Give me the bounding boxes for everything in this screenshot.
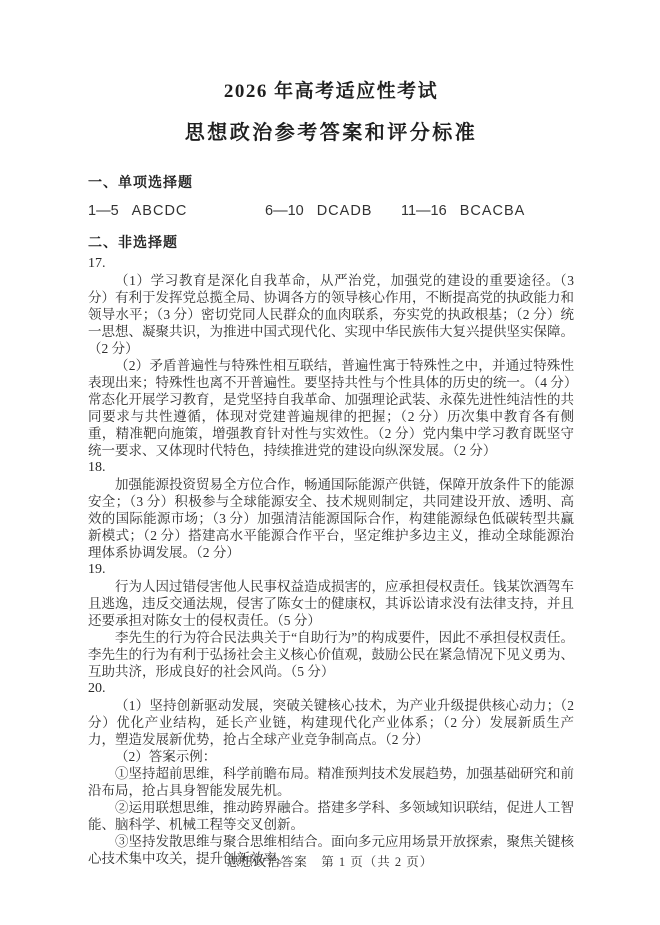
question-number: 20. <box>88 680 574 697</box>
question-range: 1—5 <box>88 203 119 219</box>
section-heading-multiple-choice: 一、单项选择题 <box>88 172 574 192</box>
exam-title: 2026 年高考适应性考试 <box>88 76 574 103</box>
question-number: 17. <box>88 255 574 272</box>
answer-letters: ABCDC <box>132 203 188 219</box>
answer-paragraph: 李先生的行为符合民法典关于“自助行为”的构成要件，因此不承担侵权责任。李先生的行… <box>88 629 574 680</box>
questions-container: 17.（1）学习教育是深化自我革命，从严治党，加强党的建设的重要途径。（3 分）… <box>88 255 574 867</box>
question-range: 6—10 <box>265 203 304 219</box>
document-page: 2026 年高考适应性考试 思想政治参考答案和评分标准 一、单项选择题 1—5A… <box>0 0 660 925</box>
answer-paragraph: （2）答案示例： <box>88 748 574 765</box>
answer-paragraph: （1）坚持创新驱动发展，突破关键核心技术，为产业升级提供核心动力；（2 分）优化… <box>88 697 574 748</box>
mcq-answer-group: 11—16BCACBA <box>401 203 525 219</box>
question-range: 11—16 <box>401 203 447 219</box>
answer-letters: BCACBA <box>460 203 526 219</box>
mcq-answer-group: 1—5ABCDC <box>88 203 265 219</box>
section-heading-non-choice: 二、非选择题 <box>88 232 574 252</box>
question-number: 19. <box>88 561 574 578</box>
answer-paragraph: 加强能源投资贸易全方位合作，畅通国际能源产供链，保障开放条件下的能源安全；（3 … <box>88 476 574 561</box>
mcq-answers-row: 1—5ABCDC6—10DCADB11—16BCACBA <box>88 203 574 219</box>
answer-paragraph: 行为人因过错侵害他人民事权益造成损害的，应承担侵权责任。钱某饮酒驾车且逃逸，违反… <box>88 578 574 629</box>
page-footer: 思想政治答案 第 1 页（共 2 页） <box>0 852 660 870</box>
answer-letters: DCADB <box>317 203 373 219</box>
answer-paragraph: （2）矛盾普遍性与特殊性相互联结，普遍性寓于特殊性之中，并通过特殊性表现出来；特… <box>88 357 574 391</box>
answer-paragraph: （1）学习教育是深化自我革命，从严治党，加强党的建设的重要途径。（3 分）有利于… <box>88 272 574 357</box>
answer-paragraph: 常态化开展学习教育，是党坚持自我革命、加强理论武装、永葆先进性纯洁性的共同要求与… <box>88 391 574 459</box>
answer-paragraph: ①坚持超前思维，科学前瞻布局。精准预判技术发展趋势，加强基础研究和前沿布局，抢占… <box>88 765 574 799</box>
mcq-answer-group: 6—10DCADB <box>265 203 401 219</box>
answer-paragraph: ②运用联想思维，推动跨界融合。搭建多学科、多领域知识联结，促进人工智能、脑科学、… <box>88 799 574 833</box>
answer-key-subtitle: 思想政治参考答案和评分标准 <box>88 116 574 145</box>
question-number: 18. <box>88 459 574 476</box>
